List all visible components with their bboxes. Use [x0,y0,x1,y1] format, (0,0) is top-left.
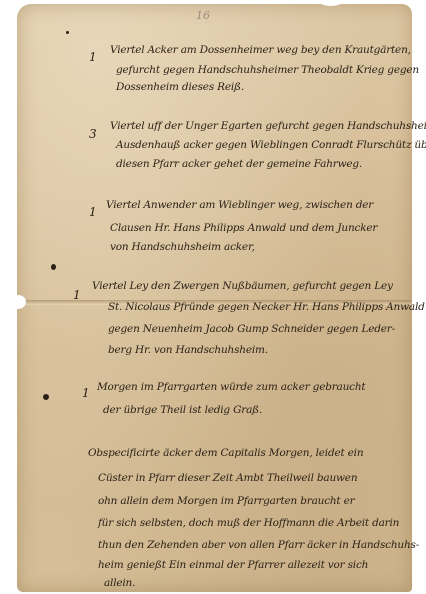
entry-line: Cüster in Pfarr dieser Zeit Ambt Theilwe… [98,472,357,484]
entry-line: von Handschuhsheim acker, [110,241,255,253]
entry-line: diesen Pfarr acker gehet der gemeine Fah… [116,158,362,170]
entry-line: Dossenheim dieses Reiß. [116,81,244,93]
entry-line: für sich selbsten, doch muß der Hoffmann… [98,517,399,529]
entry-line: Viertel Ley den Zwergen Nußbäumen, gefur… [92,280,393,292]
entry-line: allein. [104,577,135,589]
entry-number: 1 [89,50,97,64]
entry-line: St. Nicolaus Pfründe gegen Necker Hr. Ha… [108,301,425,313]
entry-number: 1 [73,288,81,302]
entry-line: Clausen Hr. Hans Philipps Anwald und dem… [110,222,377,234]
entry-number: 1 [82,386,90,400]
entry-line: Obspecificirte äcker dem Capitalis Morge… [88,447,363,459]
ink-blot [66,31,69,34]
entry-line: gefurcht gegen Handschuhsheimer Theobald… [116,64,419,76]
entry-number: 3 [89,127,97,141]
entry-line: Morgen im Pfarrgarten würde zum acker ge… [97,381,365,393]
ink-blot [43,394,49,400]
entry-line: Viertel uff der Unger Egarten gefurcht g… [110,120,426,132]
entry-line: thun den Zehenden aber von allen Pfarr ä… [98,539,419,551]
entry-line: der übrige Theil ist ledig Graß. [103,404,262,416]
entry-number: 1 [89,205,97,219]
entry-line: Viertel Anwender am Wieblinger weg, zwis… [106,199,373,211]
entry-line: gegen Neuenheim Jacob Gump Schneider geg… [108,323,395,335]
entry-line: Ausdenhauß acker gegen Wieblingen Conrad… [116,139,426,151]
entry-line: heim genießt Ein einmal der Pfarrer alle… [98,559,368,571]
torn-edge-notch [10,295,26,309]
ink-blot [51,264,56,270]
page-number: 16 [196,9,210,22]
entry-line: berg Hr. von Handschuhsheim. [108,344,268,356]
entry-line: Viertel Acker am Dossenheimer weg bey de… [110,44,411,56]
entry-line: ohn allein dem Morgen im Pfarrgarten bra… [98,495,354,507]
